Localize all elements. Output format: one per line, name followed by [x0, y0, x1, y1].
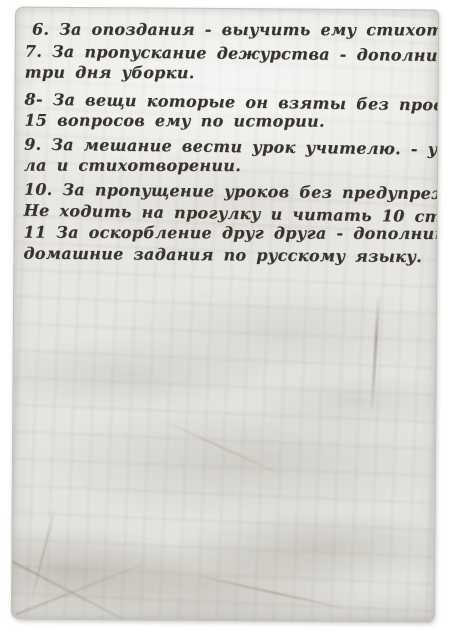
photo-background: 6. За опоздания - выучить ему стихотворе… [0, 0, 450, 635]
crease-line-bottom-left-1 [11, 556, 149, 623]
crease-line-middle [168, 422, 278, 473]
handwritten-text-block: 6. За опоздания - выучить ему стихотворе… [23, 19, 438, 267]
handwritten-line-11a: 11 За оскорбление друг друга - дополните… [24, 221, 437, 244]
crease-line-bottom-middle [199, 575, 346, 609]
handwritten-line-8b: 15 вопросов ему по истории. [24, 110, 437, 133]
crease-line-bottom-left-3 [31, 509, 56, 599]
handwritten-line-7b: три дня уборки. [25, 62, 438, 85]
handwritten-line-9b: ла и стихотворении. [24, 155, 437, 177]
crease-line-bottom-left-2 [16, 564, 142, 616]
handwritten-line-6a: 6. За опоздания - выучить ему стихотворе… [32, 19, 438, 41]
paper-sheet: 6. За опоздания - выучить ему стихотворе… [11, 7, 439, 623]
handwritten-line-11b: домашние задания по русскому языку. [23, 243, 436, 268]
crease-line-right [370, 298, 380, 410]
